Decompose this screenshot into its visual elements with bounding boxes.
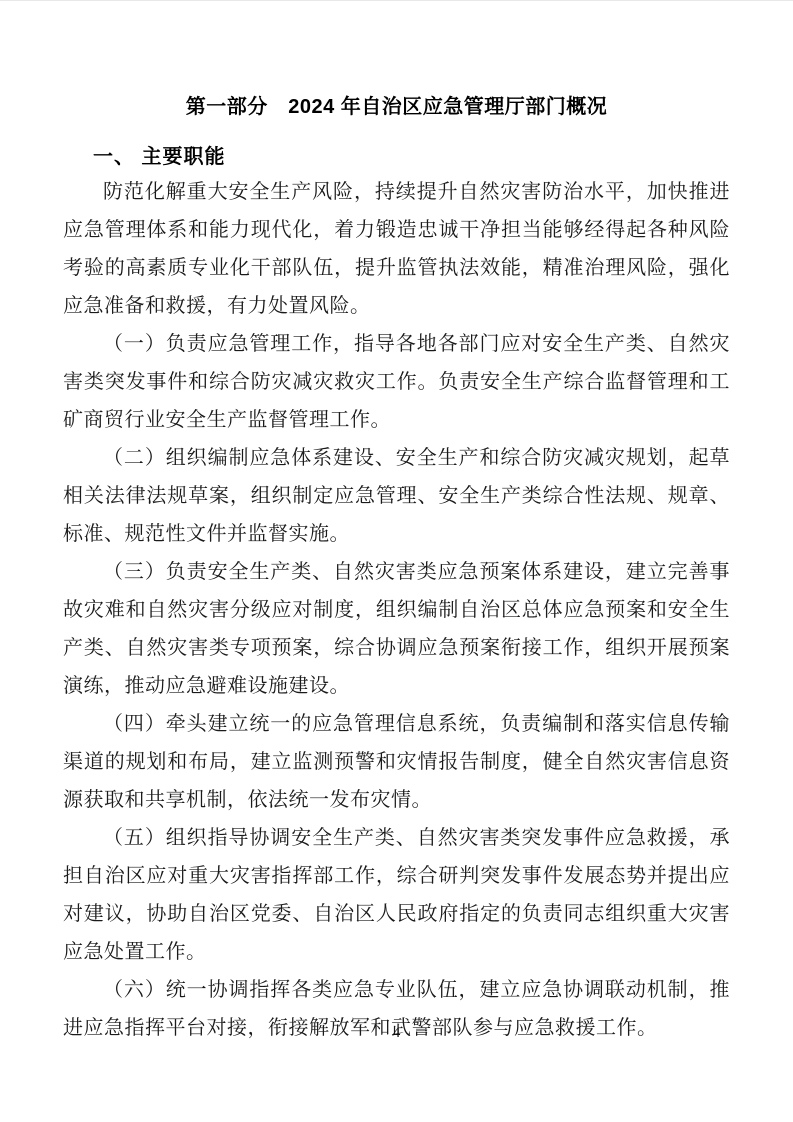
document-content: 第一部分 2024 年自治区应急管理厅部门概况 一、 主要职能 防范化解重大安全… (0, 1, 793, 1047)
body-paragraph: （四）牵头建立统一的应急管理信息系统，负责编制和落实信息传输渠道的规划和布局，建… (63, 705, 730, 819)
body-paragraph: （二）组织编制应急体系建设、安全生产和综合防灾减灾规划，起草相关法律法规草案，组… (63, 439, 730, 553)
section-heading: 一、 主要职能 (63, 143, 730, 171)
body-paragraph: （三）负责安全生产类、自然灾害类应急预案体系建设，建立完善事故灾难和自然灾害分级… (63, 553, 730, 705)
page-number: 4 (0, 1024, 793, 1042)
body-paragraph: （五）组织指导协调安全生产类、自然灾害类突发事件应急救援，承担自治区应对重大灾害… (63, 819, 730, 971)
document-title: 第一部分 2024 年自治区应急管理厅部门概况 (63, 93, 730, 121)
body-paragraph: （一）负责应急管理工作，指导各地各部门应对安全生产类、自然灾害类突发事件和综合防… (63, 325, 730, 439)
body-paragraph: 防范化解重大安全生产风险，持续提升自然灾害防治水平，加快推进应急管理体系和能力现… (63, 173, 730, 325)
document-page: 第一部分 2024 年自治区应急管理厅部门概况 一、 主要职能 防范化解重大安全… (0, 0, 793, 1122)
document-body: 防范化解重大安全生产风险，持续提升自然灾害防治水平，加快推进应急管理体系和能力现… (63, 173, 730, 1047)
